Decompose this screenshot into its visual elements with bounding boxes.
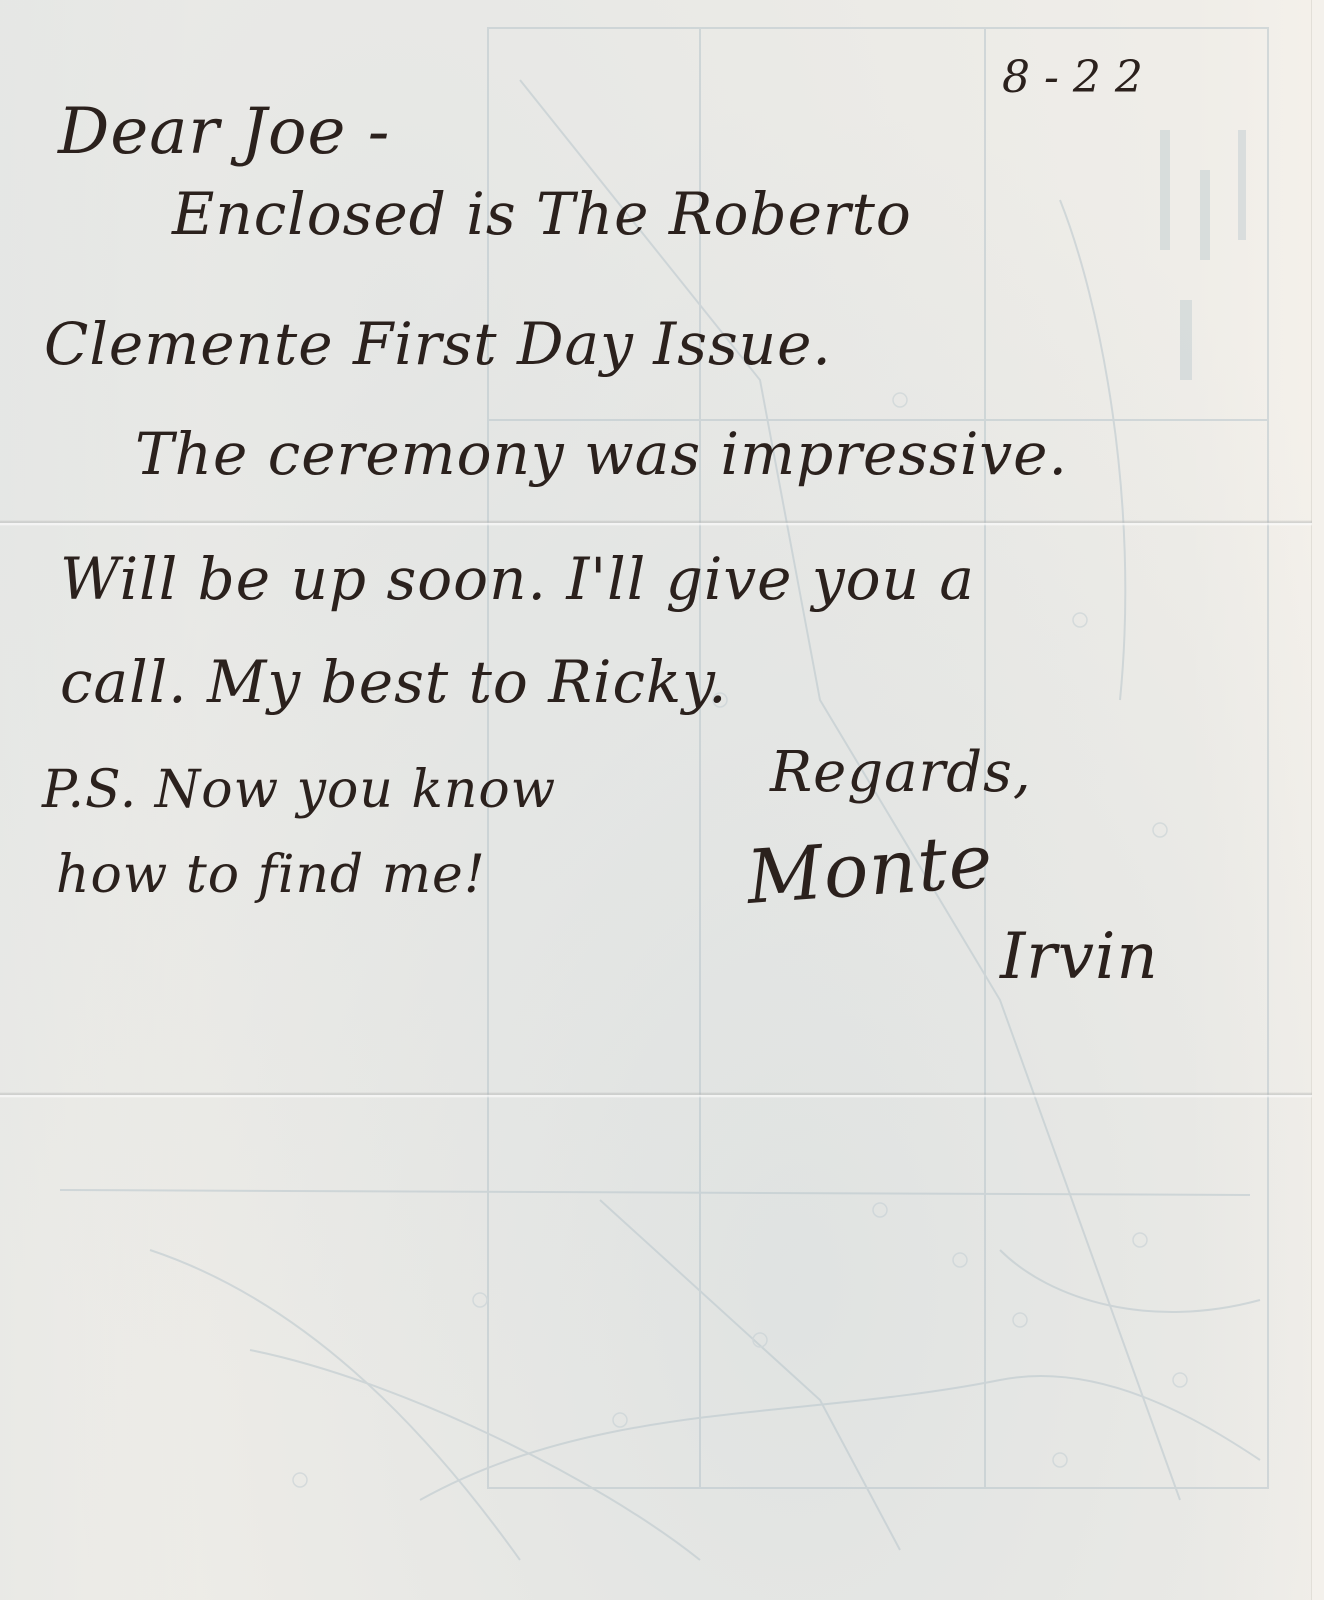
body-line-3: The ceremony was impressive. [135, 420, 1068, 488]
paper-edge [1311, 0, 1324, 1600]
body-line-5: call. My best to Ricky. [60, 648, 728, 716]
salutation: Dear Joe - [58, 95, 390, 169]
closing: Regards, [770, 740, 1032, 805]
fold-line-lower [0, 1092, 1312, 1098]
letter-page: 8-22 Dear Joe - Enclosed is The Roberto … [0, 0, 1324, 1600]
letter-date: 8-22 [1002, 52, 1157, 103]
body-line-4: Will be up soon. I'll give you a [60, 545, 975, 613]
postscript-line-1: P.S. Now you know [42, 760, 556, 820]
body-line-2: Clemente First Day Issue. [44, 310, 832, 378]
postscript-line-2: how to find me! [56, 845, 486, 905]
signature-first-name: Monte [744, 818, 996, 921]
body-line-1: Enclosed is The Roberto [172, 180, 912, 248]
signature-last-name: Irvin [1000, 920, 1159, 994]
fold-line-upper [0, 520, 1312, 526]
